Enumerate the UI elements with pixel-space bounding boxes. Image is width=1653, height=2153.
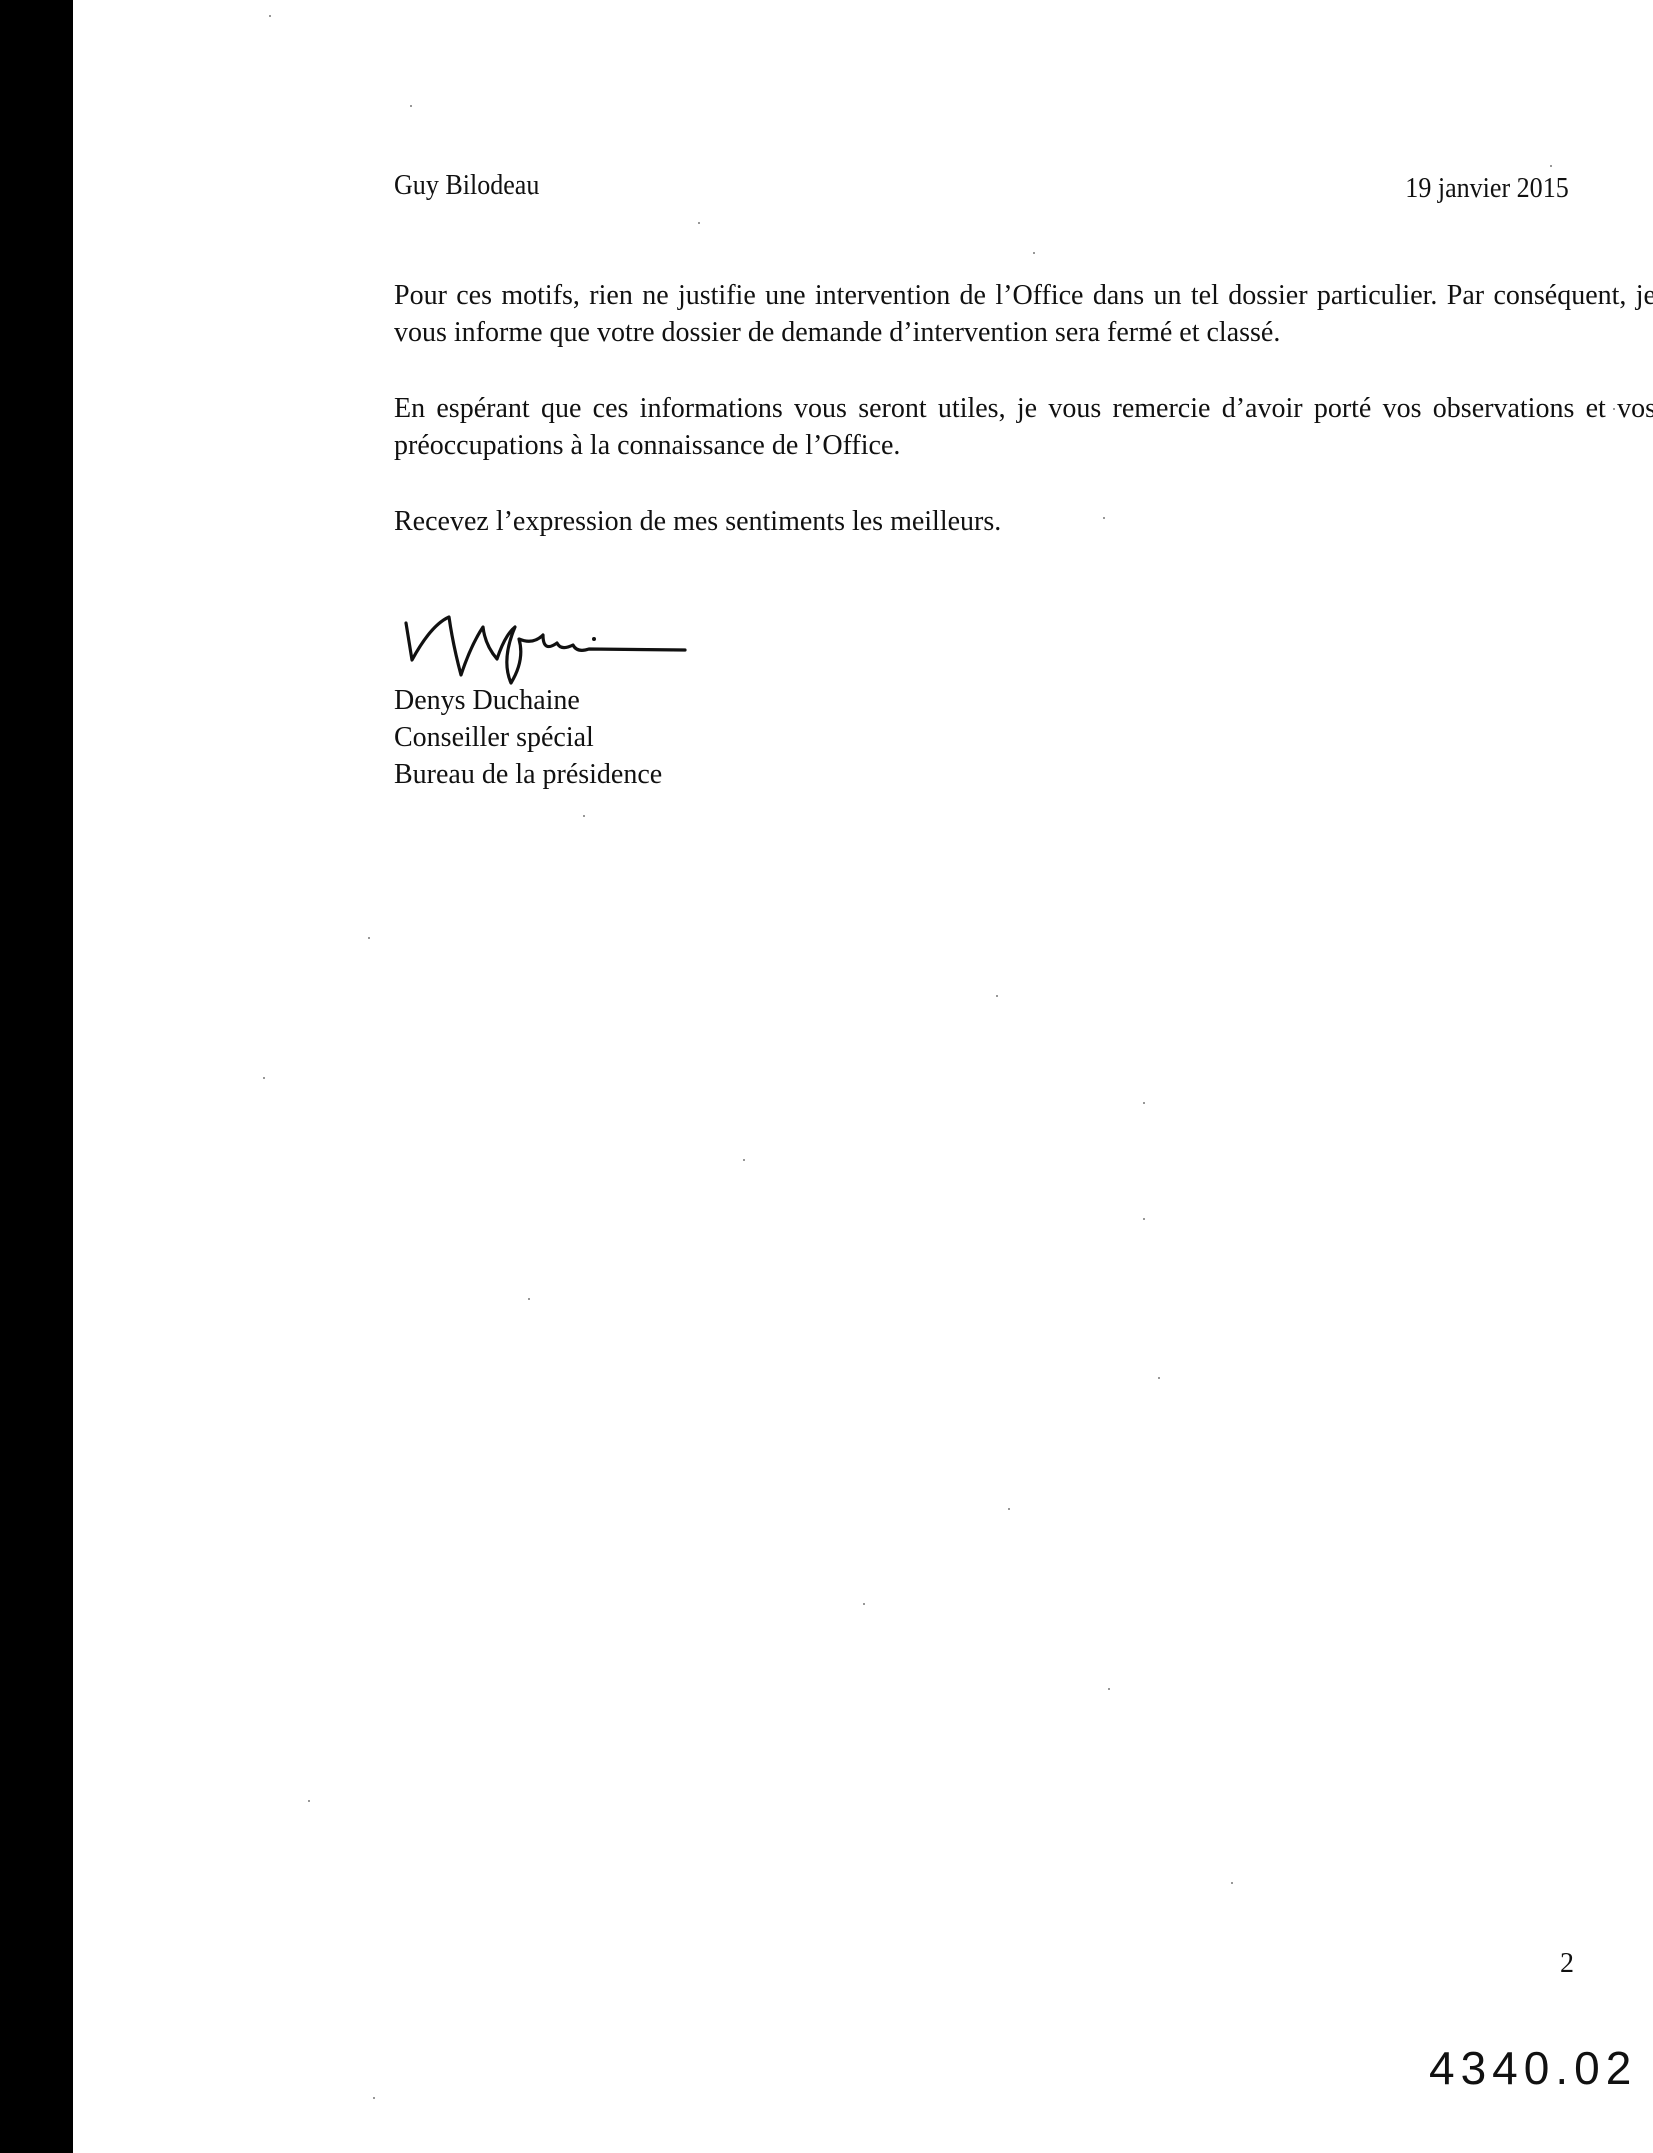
scan-speck (743, 1159, 745, 1161)
scan-speck (1143, 1218, 1145, 1220)
scan-speck (1158, 1377, 1160, 1379)
scan-speck (263, 1077, 265, 1079)
scan-speck (308, 1800, 310, 1802)
letter-date: 19 janvier 2015 (1406, 170, 1569, 207)
letter-page: Guy Bilodeau 19 janvier 2015 Pour ces mo… (73, 0, 1653, 2153)
scan-speck (1143, 1102, 1145, 1104)
signatory-title: Conseiller spécial (394, 719, 662, 756)
scan-speck (996, 995, 998, 997)
scan-edge-black-strip (0, 0, 73, 2153)
paragraph-text: Pour ces motifs, rien ne justifie une in… (394, 277, 1653, 351)
scan-speck (410, 105, 412, 107)
sender-name: Guy Bilodeau (394, 167, 539, 204)
page-number: 2 (1560, 1948, 1574, 1980)
paragraph-text: En espérant que ces informations vous se… (394, 390, 1653, 464)
body-paragraph: Pour ces motifs, rien ne justifie une in… (394, 277, 1653, 351)
scan-speck (373, 2097, 375, 2099)
signature-block: Denys Duchaine Conseiller spécial Bureau… (394, 682, 662, 793)
scan-speck (1231, 1882, 1233, 1884)
closing-paragraph: Recevez l’expression de mes sentiments l… (394, 503, 1653, 540)
stamp-number: 4340.02 (1429, 2043, 1637, 2093)
scan-speck (368, 937, 370, 939)
signatory-name: Denys Duchaine (394, 682, 662, 719)
paragraph-text: Recevez l’expression de mes sentiments l… (394, 503, 1653, 540)
scan-speck (1108, 1688, 1110, 1690)
scan-speck (1033, 252, 1035, 254)
scan-speck (528, 1298, 530, 1300)
handwritten-signature-icon (393, 605, 693, 685)
signatory-department: Bureau de la présidence (394, 756, 662, 793)
scan-speck (1008, 1508, 1010, 1510)
scan-speck (269, 15, 271, 17)
scan-speck (1550, 165, 1552, 167)
scan-speck (698, 222, 700, 224)
scan-speck (863, 1603, 865, 1605)
body-paragraph: En espérant que ces informations vous se… (394, 390, 1653, 464)
scan-speck (583, 815, 585, 817)
